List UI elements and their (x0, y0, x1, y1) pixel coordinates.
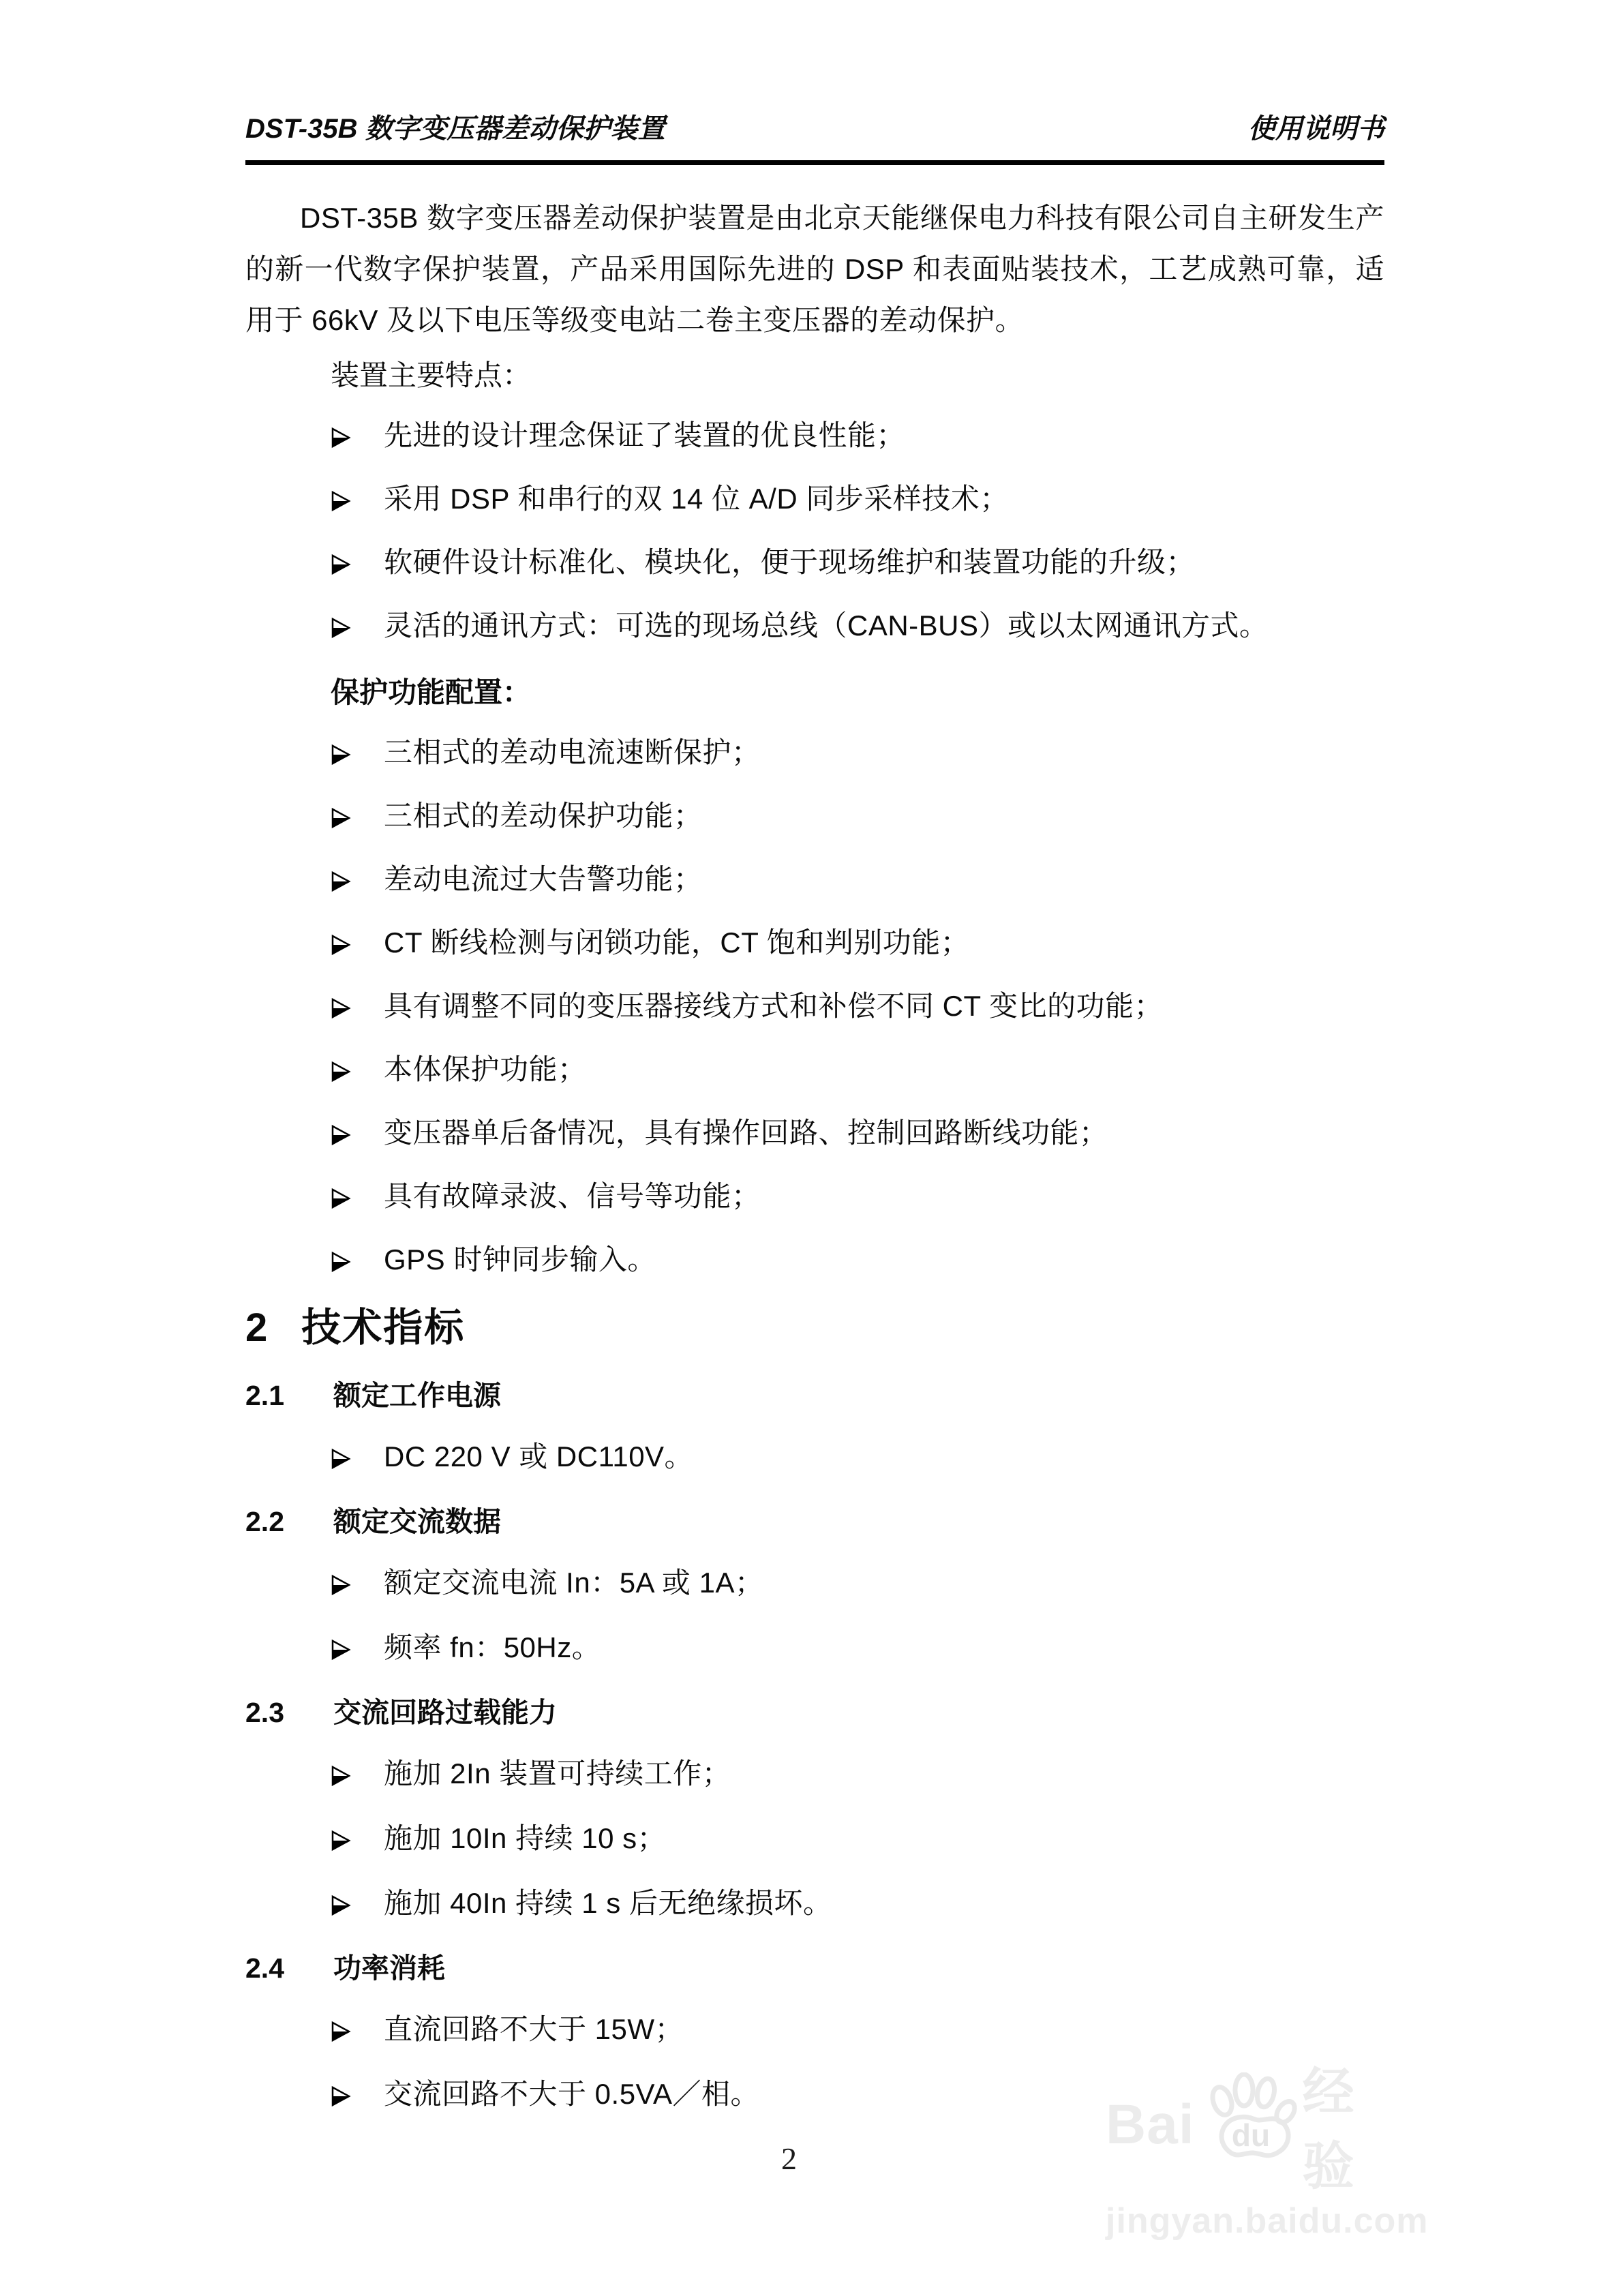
list-item: 变压器单后备情况，具有操作回路、控制回路断线功能； (245, 1118, 1384, 1151)
subsection-title: 额定工作电源 (333, 1380, 501, 1410)
section-heading: 2 技术指标 (245, 1307, 1384, 1349)
list-item-text: 施加 2In 装置可持续工作； (384, 1759, 1384, 1789)
arrow-bullet-icon (331, 421, 384, 454)
subsection-title: 交流回路过载能力 (333, 1697, 557, 1727)
arrow-bullet-icon (331, 547, 384, 581)
list-item-text: 具有调整不同的变压器接线方式和补偿不同 CT 变比的功能； (384, 991, 1384, 1021)
list-item: 具有故障录波、信号等功能； (245, 1181, 1384, 1215)
features-list: 先进的设计理念保证了装置的优良性能； 采用 DSP 和串行的双 14 位 A/D… (245, 421, 1384, 644)
list-item: 具有调整不同的变压器接线方式和补偿不同 CT 变比的功能； (245, 991, 1384, 1025)
list-item-text: 频率 fn：50Hz。 (384, 1633, 1384, 1663)
list-item: 灵活的通讯方式：可选的现场总线（CAN-BUS）或以太网通讯方式。 (245, 611, 1384, 644)
watermark-jingyan-text: 经验 (1303, 2051, 1378, 2199)
arrow-bullet-icon (331, 991, 384, 1025)
list-item: 采用 DSP 和串行的双 14 位 A/D 同步采样技术； (245, 484, 1384, 517)
subsection-2-1: 2.1 额定工作电源 DC 220 V 或 DC110V。 (245, 1380, 1384, 1475)
subsection-2-2: 2.2 额定交流数据 额定交流电流 In：5A 或 1A； (245, 1507, 1384, 1666)
protection-list: 三相式的差动电流速断保护； 三相式的差动保护功能； (245, 738, 1384, 1278)
list-item: GPS 时钟同步输入。 (245, 1245, 1384, 1278)
list-item: 先进的设计理念保证了装置的优良性能； (245, 421, 1384, 454)
subsection-list: DC 220 V 或 DC110V。 (245, 1442, 1384, 1475)
arrow-bullet-icon (331, 801, 384, 834)
arrow-bullet-icon (331, 1442, 384, 1475)
list-item: CT 断线检测与闭锁功能，CT 饱和判别功能； (245, 928, 1384, 961)
list-item-text: CT 断线检测与闭锁功能，CT 饱和判别功能； (384, 928, 1384, 958)
list-item-text: 具有故障录波、信号等功能； (384, 1181, 1384, 1211)
watermark-url: jingyan.baidu.com (1106, 2201, 1378, 2241)
list-item: 本体保护功能； (245, 1055, 1384, 1088)
arrow-bullet-icon (331, 1824, 384, 1857)
subsection-2-3: 2.3 交流回路过载能力 施加 2In 装置可持续工作； (245, 1697, 1384, 1922)
header-manual-label: 使用说明书 (1248, 112, 1384, 145)
watermark-bai-text: Bai (1106, 2093, 1195, 2157)
arrow-bullet-icon (331, 1055, 384, 1088)
arrow-bullet-icon (331, 1181, 384, 1215)
subsection-number: 2.3 (245, 1697, 333, 1727)
list-item: 频率 fn：50Hz。 (245, 1633, 1384, 1666)
list-item-text: 差动电流过大告警功能； (384, 864, 1384, 894)
list-item-text: 变压器单后备情况，具有操作回路、控制回路断线功能； (384, 1118, 1384, 1148)
arrow-bullet-icon (331, 928, 384, 961)
list-item-text: 先进的设计理念保证了装置的优良性能； (384, 421, 1384, 451)
arrow-bullet-icon (331, 1633, 384, 1666)
subsection-title: 功率消耗 (333, 1953, 445, 1983)
arrow-bullet-icon (331, 864, 384, 898)
page-header: DST-35B 数字变压器差动保护装置 使用说明书 (245, 112, 1384, 165)
arrow-bullet-icon (331, 2014, 384, 2048)
list-item-text: 额定交流电流 In：5A 或 1A； (384, 1568, 1384, 1598)
list-item: 软硬件设计标准化、模块化，便于现场维护和装置功能的升级； (245, 547, 1384, 581)
list-item-text: 本体保护功能； (384, 1055, 1384, 1085)
list-item-text: 采用 DSP 和串行的双 14 位 A/D 同步采样技术； (384, 484, 1384, 514)
arrow-bullet-icon (331, 738, 384, 771)
protection-config-label: 保护功能配置： (331, 678, 1384, 708)
list-item: 施加 2In 装置可持续工作； (245, 1759, 1384, 1792)
arrow-bullet-icon (331, 1245, 384, 1278)
list-item-text: GPS 时钟同步输入。 (384, 1245, 1384, 1275)
list-item: 差动电流过大告警功能； (245, 864, 1384, 898)
subsection-list: 施加 2In 装置可持续工作； 施加 10In 持续 10 s； (245, 1759, 1384, 1922)
list-item: DC 220 V 或 DC110V。 (245, 1442, 1384, 1475)
list-item-text: 三相式的差动保护功能； (384, 801, 1384, 831)
arrow-bullet-icon (331, 1888, 384, 1922)
intro-paragraph: DST-35B 数字变压器差动保护装置是由北京天能继保电力科技有限公司自主研发生… (245, 192, 1384, 346)
subsection-title: 额定交流数据 (333, 1507, 501, 1537)
list-item-text: 施加 40In 持续 1 s 后无绝缘损坏。 (384, 1888, 1384, 1918)
list-item: 三相式的差动保护功能； (245, 801, 1384, 834)
features-label: 装置主要特点： (331, 361, 1384, 391)
subsection-number: 2.2 (245, 1507, 333, 1537)
arrow-bullet-icon (331, 484, 384, 517)
subsection-list: 额定交流电流 In：5A 或 1A； 频率 fn：50Hz。 (245, 1568, 1384, 1666)
section-number: 2 (245, 1307, 267, 1349)
list-item-text: 灵活的通讯方式：可选的现场总线（CAN-BUS）或以太网通讯方式。 (384, 611, 1384, 641)
list-item: 施加 40In 持续 1 s 后无绝缘损坏。 (245, 1888, 1384, 1922)
page-number: 2 (781, 2141, 797, 2177)
baidu-paw-icon: du (1196, 2072, 1305, 2178)
arrow-bullet-icon (331, 1568, 384, 1601)
list-item-text: 三相式的差动电流速断保护； (384, 738, 1384, 768)
arrow-bullet-icon (331, 1759, 384, 1792)
subsection-number: 2.1 (245, 1380, 333, 1410)
list-item: 三相式的差动电流速断保护； (245, 738, 1384, 771)
subsection-number: 2.4 (245, 1953, 333, 1983)
list-item: 直流回路不大于 15W； (245, 2014, 1384, 2048)
svg-text:du: du (1232, 2117, 1270, 2153)
document-page: DST-35B 数字变压器差动保护装置 使用说明书 DST-35B 数字变压器差… (0, 0, 1623, 2296)
arrow-bullet-icon (331, 2079, 384, 2113)
list-item: 额定交流电流 In：5A 或 1A； (245, 1568, 1384, 1601)
arrow-bullet-icon (331, 1118, 384, 1151)
section-title: 技术指标 (301, 1307, 465, 1349)
arrow-bullet-icon (331, 611, 384, 644)
list-item-text: DC 220 V 或 DC110V。 (384, 1442, 1384, 1472)
header-device-title: DST-35B 数字变压器差动保护装置 (245, 112, 665, 145)
list-item: 施加 10In 持续 10 s； (245, 1824, 1384, 1857)
baidu-watermark: Bai du 经验 jingyan.baidu.com (1106, 2051, 1378, 2241)
list-item-text: 直流回路不大于 15W； (384, 2014, 1384, 2044)
list-item-text: 软硬件设计标准化、模块化，便于现场维护和装置功能的升级； (384, 547, 1384, 577)
list-item-text: 施加 10In 持续 10 s； (384, 1824, 1384, 1854)
